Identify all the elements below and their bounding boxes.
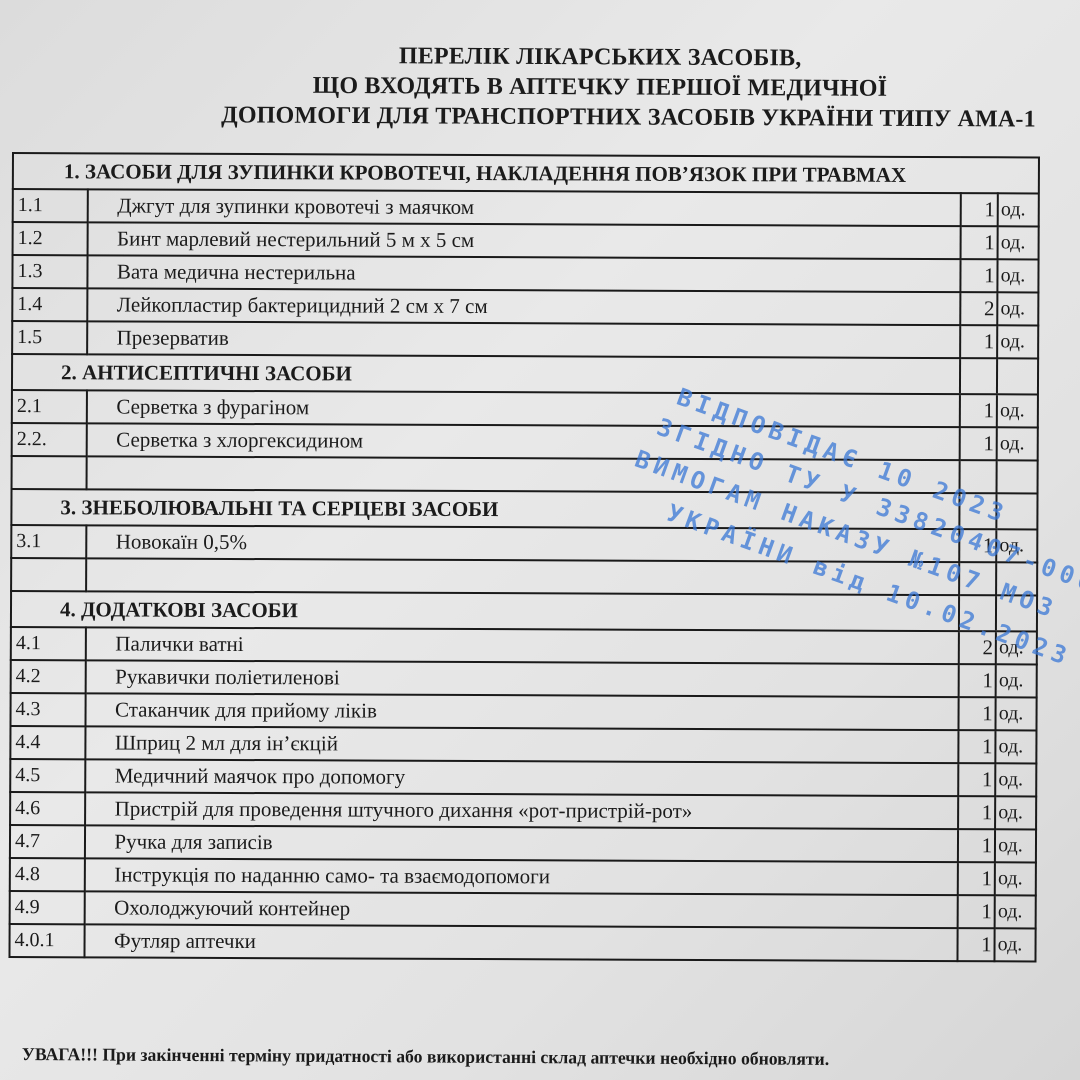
table-row: 4.1Палички ватні2од. — [11, 627, 1037, 664]
item-number: 2.2. — [12, 423, 88, 456]
item-quantity — [960, 460, 997, 493]
item-quantity: 2 — [959, 631, 996, 664]
table-row: 3.1Новокаїн 0,5%1од. — [11, 525, 1037, 562]
item-number: 4.8 — [10, 858, 86, 891]
item-name: Джгут для зупинки кровотечі з маячком — [88, 189, 961, 226]
section-header-empty-cell — [996, 595, 1037, 631]
item-unit: од. — [998, 259, 1039, 292]
item-number: 1.1 — [13, 189, 89, 222]
item-quantity: 1 — [959, 763, 996, 796]
table-row: 4.2Рукавички поліетиленові1од. — [11, 660, 1037, 697]
item-name: Серветка з хлоргексидином — [87, 423, 960, 460]
item-number: 4.7 — [10, 825, 86, 858]
section-header-empty-cell — [960, 493, 997, 529]
section-header-empty-cell — [959, 595, 996, 631]
item-quantity: 1 — [961, 193, 998, 226]
first-aid-kit-table-container: 1. ЗАСОБИ ДЛЯ ЗУПИНКИ КРОВОТЕЧІ, НАКЛАДЕ… — [8, 152, 1040, 962]
item-name: Шприц 2 мл для ін’єкцій — [86, 726, 959, 763]
table-row: 1.4Лейкопластир бактерицидний 2 см х 7 с… — [12, 288, 1038, 325]
item-number: 4.2 — [11, 660, 87, 693]
item-number: 4.4 — [10, 726, 86, 759]
item-name: Бинт марлевий нестерильний 5 м х 5 см — [88, 222, 961, 259]
item-unit: од. — [995, 895, 1036, 928]
item-quantity: 1 — [960, 394, 997, 427]
item-name: Палички ватні — [86, 627, 959, 664]
item-unit: од. — [996, 529, 1037, 562]
table-row: 4.9Охолоджуючий контейнер1од. — [10, 891, 1036, 928]
item-name: Рукавички поліетиленові — [86, 660, 959, 697]
item-name: Охолоджуючий контейнер — [85, 891, 958, 928]
section-header-empty-cell — [997, 493, 1038, 529]
item-quantity — [960, 562, 997, 595]
item-quantity: 1 — [961, 259, 998, 292]
item-unit — [996, 562, 1037, 595]
table-row: 4.8Інструкція по наданню само- та взаємо… — [10, 858, 1036, 895]
table-row: 4.4Шприц 2 мл для ін’єкцій1од. — [10, 726, 1036, 763]
item-quantity: 1 — [959, 730, 996, 763]
item-number: 2.1 — [12, 390, 88, 423]
item-name — [87, 558, 960, 595]
item-unit: од. — [995, 796, 1036, 829]
item-quantity: 1 — [961, 226, 998, 259]
item-number: 4.5 — [10, 759, 86, 792]
item-unit: од. — [996, 631, 1037, 664]
item-quantity: 2 — [961, 292, 998, 325]
item-unit: од. — [995, 928, 1036, 961]
item-number: 4.9 — [10, 891, 86, 924]
item-unit: од. — [995, 862, 1036, 895]
item-number: 4.6 — [10, 792, 86, 825]
item-unit: од. — [998, 226, 1039, 259]
item-number — [11, 558, 87, 591]
table-row: 1.2Бинт марлевий нестерильний 5 м х 5 см… — [13, 222, 1039, 259]
title-line-3: ДОПОМОГИ ДЛЯ ТРАНСПОРТНИХ ЗАСОБІВ УКРАЇН… — [20, 99, 1060, 134]
section-heading: 4. ДОДАТКОВІ ЗАСОБИ — [11, 591, 960, 631]
item-quantity: 1 — [959, 697, 996, 730]
item-name: Лейкопластир бактерицидний 2 см х 7 см — [88, 288, 961, 325]
item-name: Медичний маячок про допомогу — [86, 759, 959, 796]
item-unit: од. — [995, 763, 1036, 796]
item-name: Новокаїн 0,5% — [87, 525, 960, 562]
table-row: 4.6Пристрій для проведення штучного диха… — [10, 792, 1036, 829]
item-unit: од. — [997, 394, 1038, 427]
item-name: Стаканчик для прийому ліків — [86, 693, 959, 730]
item-number: 4.3 — [10, 693, 86, 726]
first-aid-kit-table: 1. ЗАСОБИ ДЛЯ ЗУПИНКИ КРОВОТЕЧІ, НАКЛАДЕ… — [8, 152, 1040, 962]
table-row: 2.1Серветка з фурагіном1од. — [12, 390, 1038, 427]
section-header-empty-cell — [960, 358, 997, 394]
table-row: 1.3Вата медична нестерильна1од. — [12, 255, 1038, 292]
item-unit: од. — [995, 730, 1036, 763]
item-name: Пристрій для проведення штучного дихання… — [86, 792, 959, 829]
item-name — [87, 456, 960, 493]
table-row: 4.3Стаканчик для прийому ліків1од. — [10, 693, 1036, 730]
item-quantity: 1 — [959, 796, 996, 829]
item-quantity: 1 — [961, 325, 998, 358]
item-number: 1.2 — [13, 222, 89, 255]
empty-row — [11, 558, 1037, 595]
section-header: 4. ДОДАТКОВІ ЗАСОБИ — [11, 591, 1037, 631]
item-unit: од. — [997, 292, 1038, 325]
section-heading: 1. ЗАСОБИ ДЛЯ ЗУПИНКИ КРОВОТЕЧІ, НАКЛАДЕ… — [13, 153, 1039, 193]
section-heading: 3. ЗНЕБОЛЮВАЛЬНІ ТА СЕРЦЕВІ ЗАСОБИ — [11, 489, 960, 529]
table-row: 4.7Ручка для записів1од. — [10, 825, 1036, 862]
item-unit: од. — [995, 829, 1036, 862]
item-quantity: 1 — [958, 829, 995, 862]
item-number: 4.1 — [11, 627, 87, 660]
table-row: 4.0.1Футляр аптечки1од. — [9, 924, 1035, 961]
table-row: 1.1Джгут для зупинки кровотечі з маячком… — [13, 189, 1039, 226]
item-quantity: 1 — [959, 664, 996, 697]
item-quantity: 1 — [958, 895, 995, 928]
section-header-empty-cell — [997, 358, 1038, 394]
table-row: 2.2.Серветка з хлоргексидином1од. — [12, 423, 1038, 460]
item-quantity: 1 — [958, 928, 995, 961]
document-title: ПЕРЕЛІК ЛІКАРСЬКИХ ЗАСОБІВ, ЩО ВХОДЯТЬ В… — [20, 39, 1060, 134]
section-header: 2. АНТИСЕПТИЧНІ ЗАСОБИ — [12, 354, 1038, 394]
item-unit: од. — [996, 664, 1037, 697]
warning-note: УВАГА!!! При закінченні терміну придатно… — [22, 1044, 1041, 1071]
section-header: 1. ЗАСОБИ ДЛЯ ЗУПИНКИ КРОВОТЕЧІ, НАКЛАДЕ… — [13, 153, 1039, 193]
item-number: 1.4 — [12, 288, 88, 321]
item-unit: од. — [996, 697, 1037, 730]
empty-row — [12, 456, 1038, 493]
item-name: Презерватив — [88, 321, 961, 358]
item-unit: од. — [997, 325, 1038, 358]
item-quantity: 1 — [960, 427, 997, 460]
item-number: 1.3 — [12, 255, 88, 288]
section-header: 3. ЗНЕБОЛЮВАЛЬНІ ТА СЕРЦЕВІ ЗАСОБИ — [11, 489, 1037, 529]
item-number: 1.5 — [12, 321, 88, 354]
item-name: Серветка з фурагіном — [87, 390, 960, 427]
section-heading: 2. АНТИСЕПТИЧНІ ЗАСОБИ — [12, 354, 961, 394]
item-number: 3.1 — [11, 525, 87, 558]
table-row: 1.5Презерватив1од. — [12, 321, 1038, 358]
item-name: Інструкція по наданню само- та взаємодоп… — [85, 858, 958, 895]
item-number — [12, 456, 88, 489]
item-quantity: 1 — [960, 529, 997, 562]
item-unit: од. — [997, 427, 1038, 460]
table-row: 4.5Медичний маячок про допомогу1од. — [10, 759, 1036, 796]
item-name: Ручка для записів — [85, 825, 958, 862]
item-unit — [997, 460, 1038, 493]
item-unit: од. — [998, 193, 1039, 226]
item-quantity: 1 — [958, 862, 995, 895]
item-number: 4.0.1 — [9, 924, 85, 957]
item-name: Вата медична нестерильна — [88, 255, 961, 292]
item-name: Футляр аптечки — [85, 924, 958, 961]
